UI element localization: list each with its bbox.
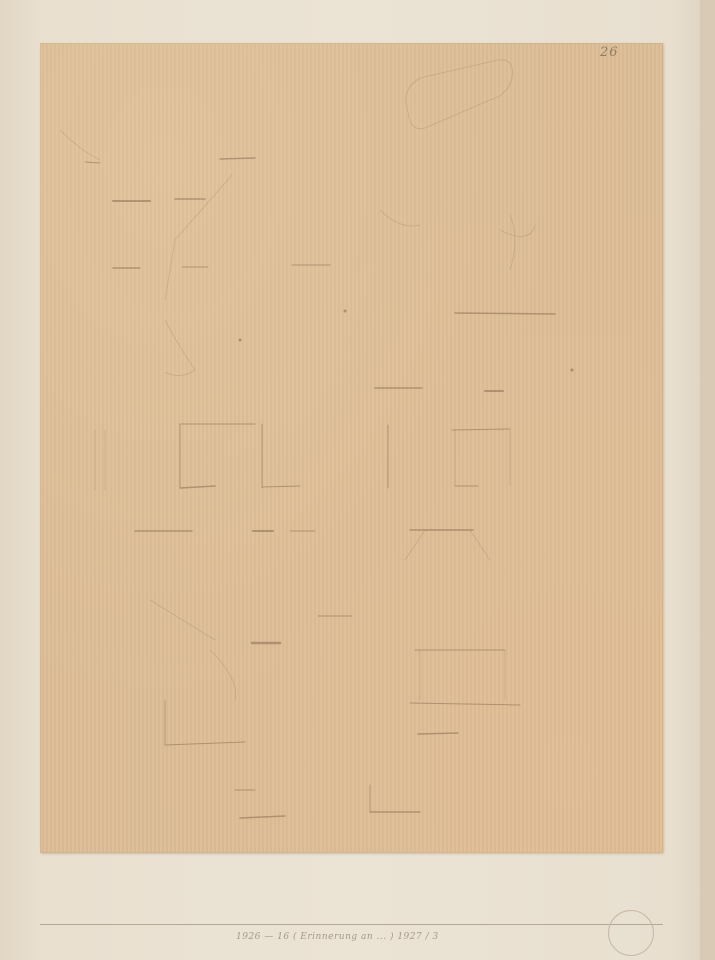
pencil-dot bbox=[239, 339, 242, 342]
sketch-verticals bbox=[95, 430, 105, 490]
oval-loop-shape bbox=[406, 60, 513, 129]
page-number: 26 bbox=[600, 45, 619, 60]
sketch-curve bbox=[60, 130, 100, 160]
sketch-tree bbox=[500, 215, 535, 270]
pencil-stroke bbox=[410, 703, 520, 705]
sketch-verticals-2 bbox=[455, 430, 510, 486]
sketch-curve-2 bbox=[380, 210, 420, 226]
pencil-stroke bbox=[240, 816, 285, 818]
pencil-stroke bbox=[85, 162, 100, 163]
pencil-dot bbox=[571, 369, 574, 372]
pencil-stroke bbox=[220, 158, 255, 159]
sketch-roof bbox=[405, 530, 490, 560]
pencil-stroke bbox=[262, 486, 300, 487]
pencil-stroke bbox=[452, 429, 510, 430]
sketch-diagonal-2 bbox=[150, 600, 215, 640]
collection-stamp bbox=[608, 910, 654, 956]
pencil-stroke bbox=[418, 733, 458, 734]
sketch-walls bbox=[420, 650, 505, 700]
pencil-stroke bbox=[165, 742, 245, 745]
sketch-diagonal bbox=[165, 175, 232, 300]
sketch-scribble bbox=[165, 320, 195, 376]
sketch-scribble-2 bbox=[210, 650, 236, 700]
inscription: 1926 — 16 ( Erinnerung an ... ) 1927 / 3 bbox=[236, 932, 536, 942]
sketch-details bbox=[60, 60, 535, 700]
mount-rule-line bbox=[40, 924, 663, 925]
pencil-drawing bbox=[0, 0, 715, 960]
pencil-dot bbox=[344, 310, 347, 313]
pencil-stroke bbox=[180, 486, 215, 488]
pencil-strokes bbox=[85, 158, 555, 818]
pencil-stroke bbox=[455, 313, 555, 314]
